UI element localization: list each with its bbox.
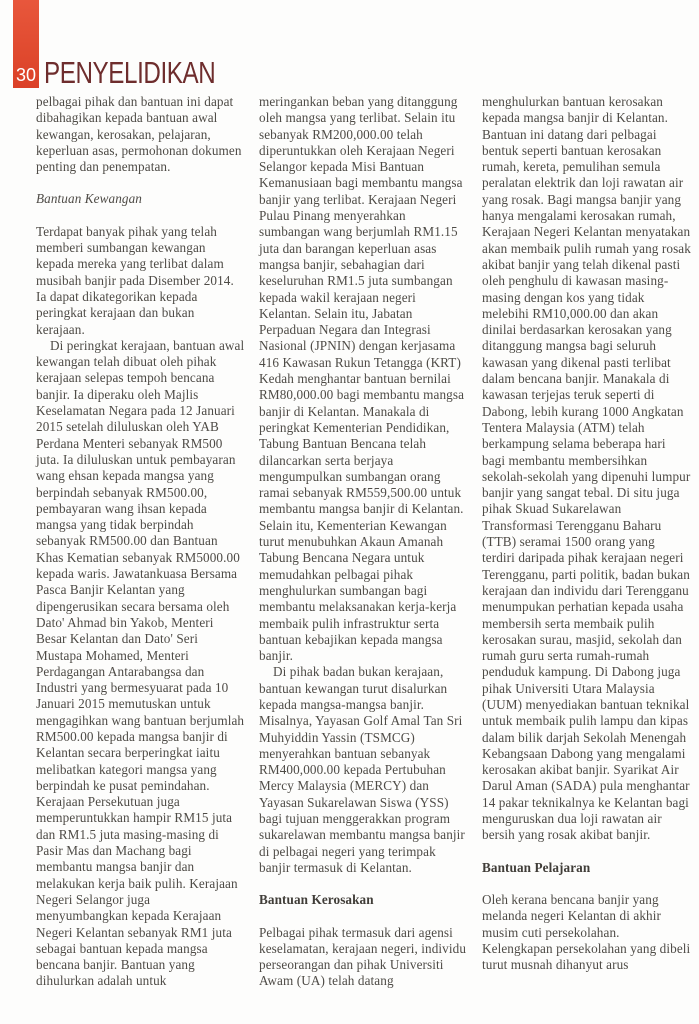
body-paragraph: Di peringkat kerajaan, bantuan awal kewa…	[36, 338, 245, 990]
section-title: PENYELIDIKAN	[44, 57, 215, 88]
magazine-page: 30 PENYELIDIKAN pelbagai pihak dan bantu…	[0, 0, 699, 1024]
accent-bar: 30	[13, 0, 39, 88]
subheading-bantuan-kerosakan: Bantuan Kerosakan	[259, 892, 468, 908]
column-2: meringankan beban yang ditanggung oleh m…	[259, 94, 468, 990]
body-paragraph: meringankan beban yang ditanggung oleh m…	[259, 94, 468, 664]
article-body: pelbagai pihak dan bantuan ini dapat dib…	[36, 94, 683, 990]
body-paragraph: menghulurkan bantuan kerosakan kepada ma…	[482, 94, 691, 844]
body-paragraph: Di pihak badan bukan kerajaan, bantuan k…	[259, 664, 468, 876]
column-3: menghulurkan bantuan kerosakan kepada ma…	[482, 94, 691, 990]
page-number: 30	[13, 66, 39, 84]
subheading-bantuan-pelajaran: Bantuan Pelajaran	[482, 860, 691, 876]
body-paragraph: Terdapat banyak pihak yang telah memberi…	[36, 224, 245, 338]
body-paragraph: Pelbagai pihak termasuk dari agensi kese…	[259, 925, 468, 990]
body-paragraph: Oleh kerana bencana banjir yang melanda …	[482, 892, 691, 973]
column-1: pelbagai pihak dan bantuan ini dapat dib…	[36, 94, 245, 990]
body-paragraph: pelbagai pihak dan bantuan ini dapat dib…	[36, 94, 245, 175]
subheading-bantuan-kewangan: Bantuan Kewangan	[36, 191, 245, 207]
